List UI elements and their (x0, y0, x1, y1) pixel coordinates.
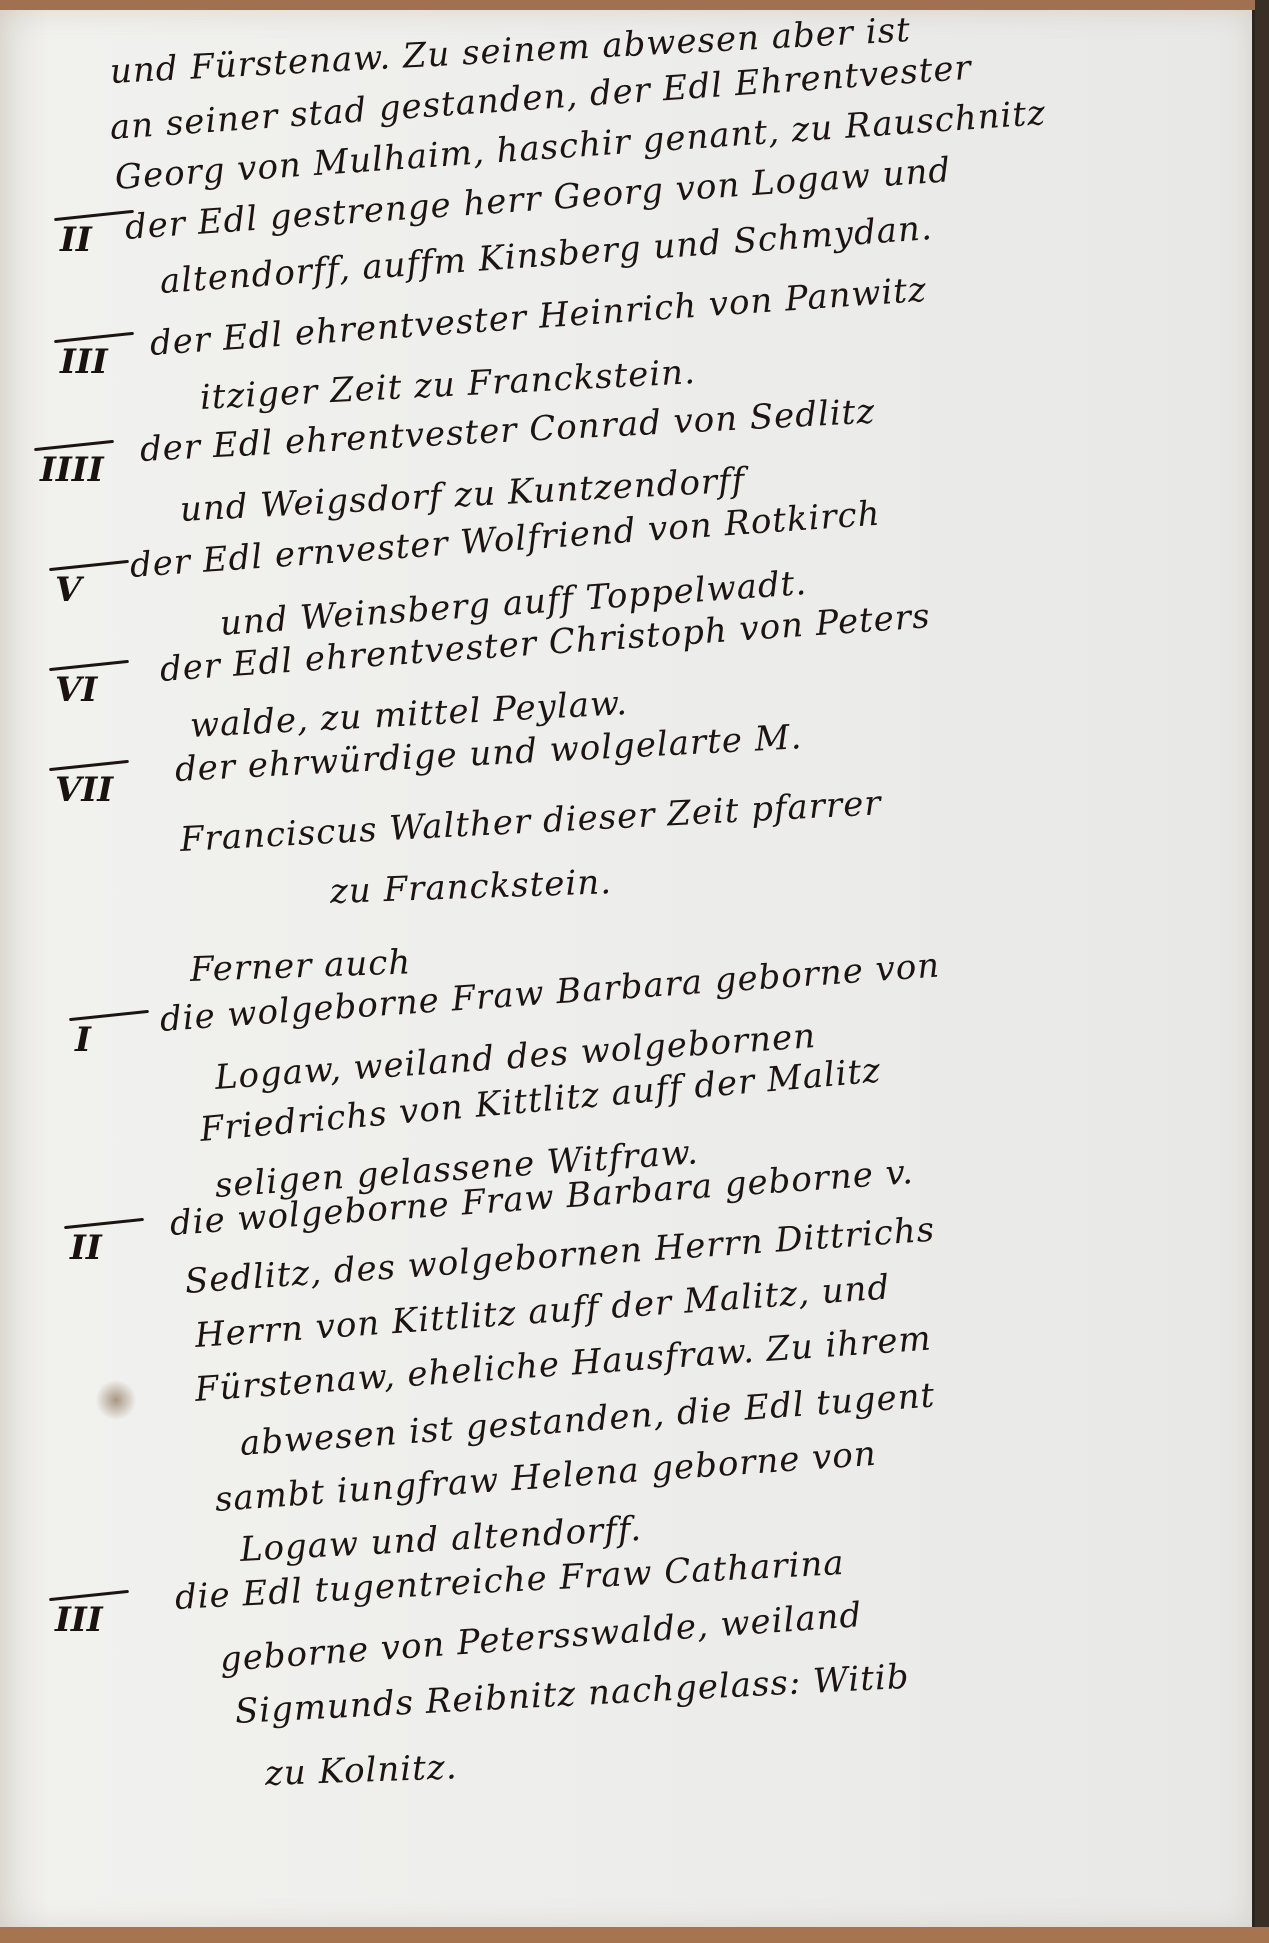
entry-number: VI (55, 670, 97, 710)
entry-number: II (70, 1228, 102, 1268)
book-bottom-edge (0, 1927, 1269, 1943)
ink-stain (95, 1380, 137, 1420)
entry-number: IIII (40, 450, 104, 490)
text-line: zu Kolnitz. (264, 1747, 458, 1794)
entry-number: I (75, 1020, 91, 1060)
text-line: zu Franckstein. (329, 862, 612, 912)
text-line: Ferner auch (189, 942, 412, 990)
manuscript-page: und Fürstenaw. Zu seinem abwesen aber is… (0, 10, 1256, 1928)
book-binding-edge (1255, 0, 1269, 1943)
entry-number: III (60, 342, 108, 382)
entry-number: III (55, 1600, 103, 1640)
entry-number: V (55, 570, 81, 610)
text-line: Franciscus Walther dieser Zeit pfarrer (179, 783, 883, 860)
entry-number: II (60, 220, 92, 260)
entry-number: VII (55, 770, 113, 810)
